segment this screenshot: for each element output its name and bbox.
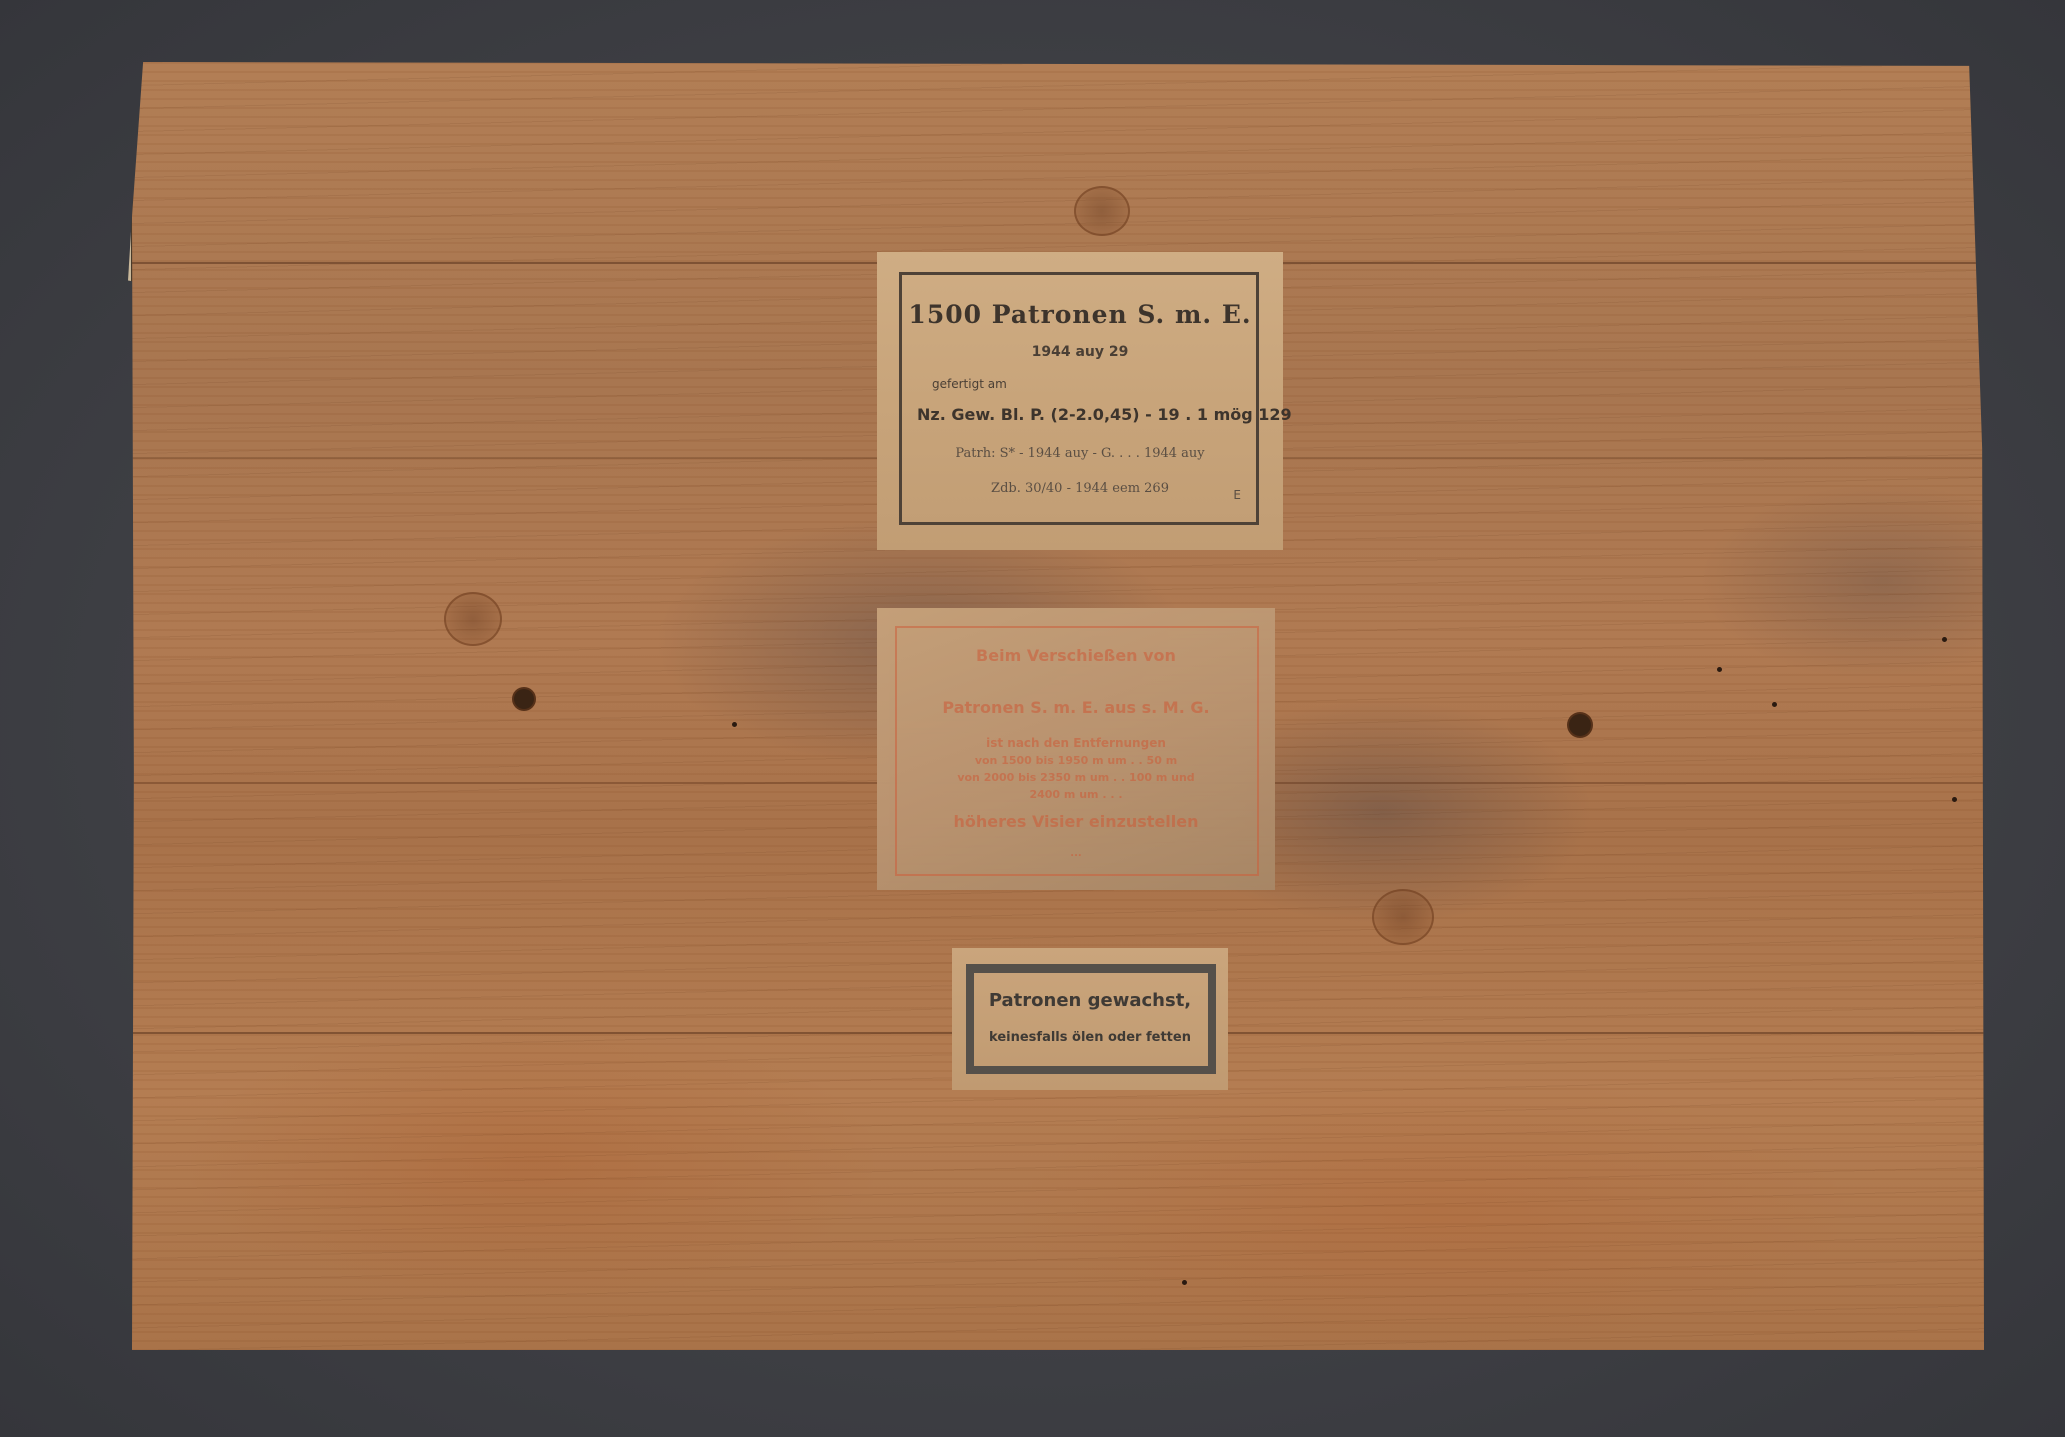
nail-hole [1772,702,1777,707]
nail-hole [1182,1280,1187,1285]
label-date: 1944 auy 29 [877,344,1283,360]
red-text-line: von 1500 bis 1950 m um . . 50 m [877,754,1275,767]
nail-hole [1952,797,1957,802]
label-cartridge-info: 1500 Patronen S. m. E. 1944 auy 29 gefer… [877,252,1283,550]
label-frame [966,964,1216,1074]
warning-text: keinesfalls ölen oder fetten [952,1030,1228,1045]
wood-knot [1567,712,1593,738]
label-primer-line: Zdb. 30/40 - 1944 eem 269 [877,481,1283,496]
label-sight-instructions: Beim Verschießen von Patronen S. m. E. a… [877,608,1275,890]
red-text-line: Patronen S. m. E. aus s. M. G. [877,698,1275,717]
red-text-line: von 2000 bis 2350 m um . . 100 m und [877,771,1275,784]
red-text-line: ist nach den Entfernungen [877,736,1275,750]
label-manufactured: gefertigt am [932,377,1007,391]
label-mark: E [1233,488,1241,502]
wood-knot [1372,889,1434,945]
label-title: 1500 Patronen S. m. E. [877,300,1283,329]
warning-title: Patronen gewachst, [952,990,1228,1011]
red-text-line: ... [877,848,1275,859]
label-powder-line: Nz. Gew. Bl. P. (2-2.0,45) - 19 . 1 mög … [917,405,1292,424]
nail-hole [1717,667,1722,672]
nail-hole [1942,637,1947,642]
label-waxed-warning: Patronen gewachst, keinesfalls ölen oder… [952,948,1228,1090]
wood-knot [512,687,536,711]
wood-knot [1074,186,1130,236]
wood-knot [444,592,502,646]
red-text-line: 2400 m um . . . [877,788,1275,801]
label-case-line: Patrh: S* - 1944 auy - G. . . . 1944 auy [877,446,1283,461]
red-text-line: höheres Visier einzustellen [877,812,1275,831]
nail-hole [732,722,737,727]
red-text-line: Beim Verschießen von [877,646,1275,665]
